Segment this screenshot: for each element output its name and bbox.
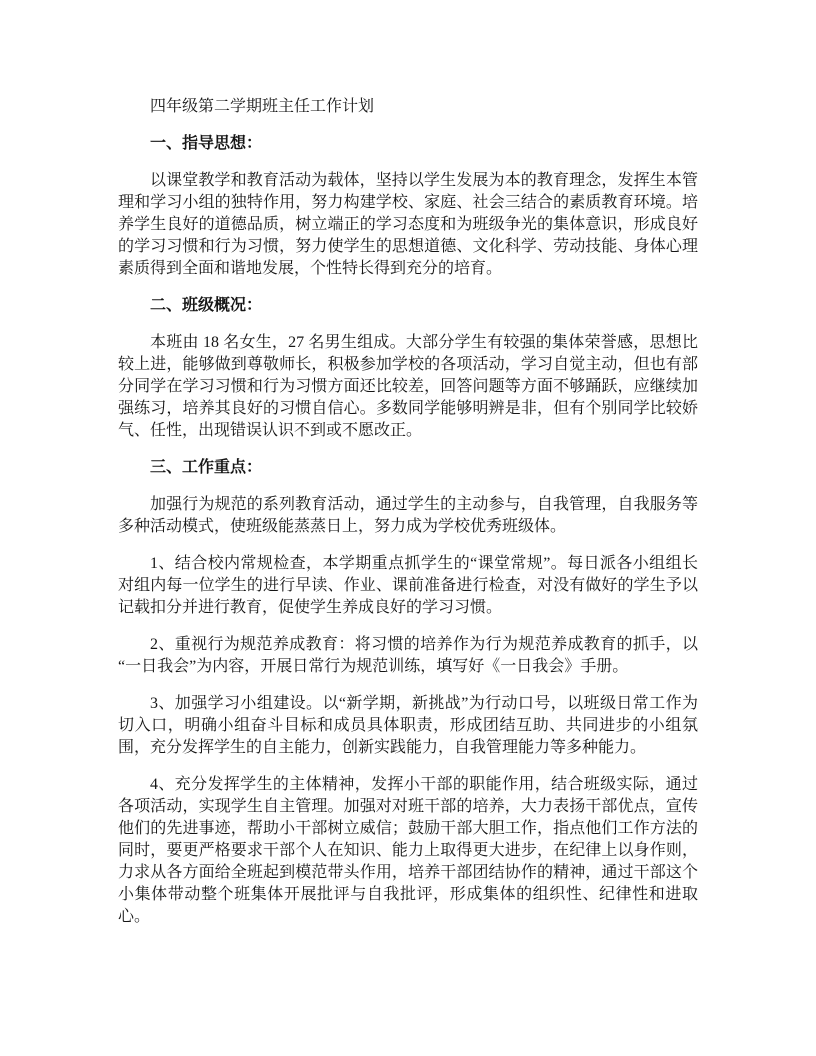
document-title: 四年级第二学期班主任工作计划 [118, 96, 698, 118]
paragraph-work-focus-item-4: 4、充分发挥学生的主体精神，发挥小干部的职能作用，结合班级实际，通过各项活动，实… [118, 774, 698, 928]
document-page: 四年级第二学期班主任工作计划 一、指导思想： 以课堂教学和教育活动为载体，坚持以… [0, 0, 816, 1056]
section-heading-work-focus: 三、工作重点： [118, 457, 698, 479]
paragraph-work-focus-item-2: 2、重视行为规范养成教育：将习惯的培养作为行为规范养成教育的抓手，以“一日我会”… [118, 634, 698, 678]
paragraph-guiding-ideology: 以课堂教学和教育活动为载体，坚持以学生发展为本的教育理念，发挥生本管理和学习小组… [118, 170, 698, 280]
paragraph-work-focus-item-3: 3、加强学习小组建设。以“新学期，新挑战”为行动口号，以班级日常工作为切入口，明… [118, 693, 698, 759]
paragraph-class-overview: 本班由 18 名女生，27 名男生组成。大部分学生有较强的集体荣誉感，思想比较上… [118, 332, 698, 442]
paragraph-work-focus-intro: 加强行为规范的系列教育活动，通过学生的主动参与，自我管理，自我服务等多种活动模式… [118, 494, 698, 538]
section-heading-guiding-ideology: 一、指导思想： [118, 133, 698, 155]
section-heading-class-overview: 二、班级概况： [118, 295, 698, 317]
paragraph-work-focus-item-1: 1、结合校内常规检查，本学期重点抓学生的“课堂常规”。每日派各小组组长对组内每一… [118, 553, 698, 619]
